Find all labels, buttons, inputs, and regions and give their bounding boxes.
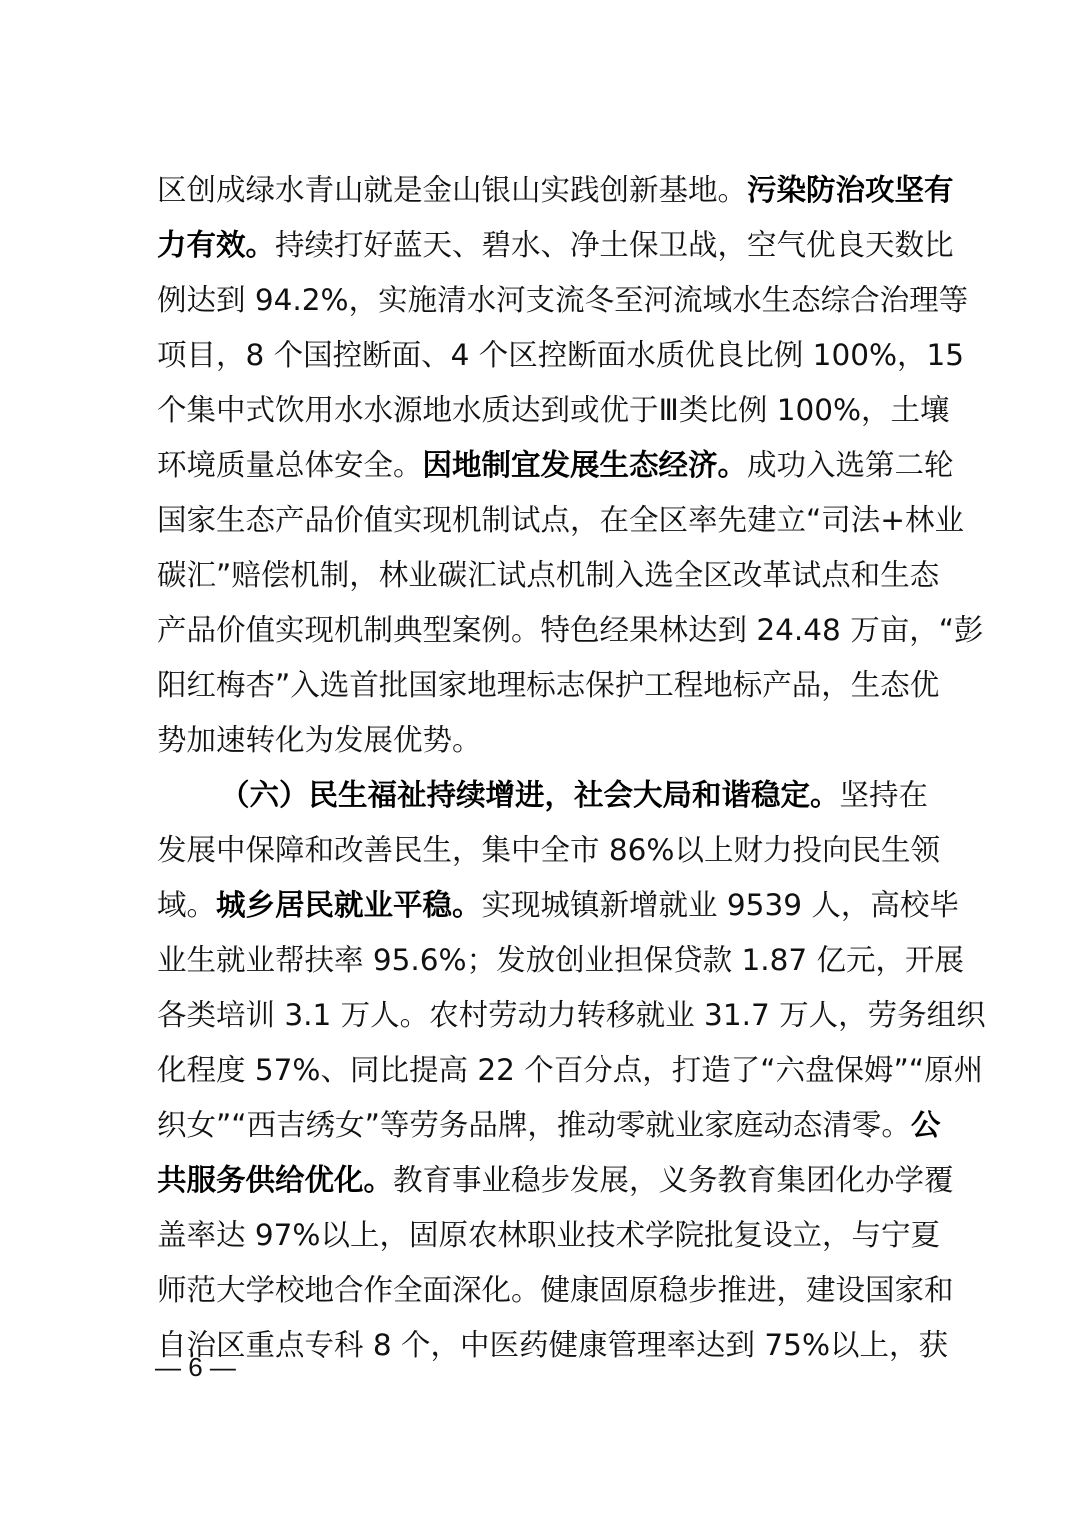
text-line: 共服务供给优化。教育事业稳步发展，义务教育集团化办学覆 <box>157 1153 919 1208</box>
paragraph-text: 盖率达 97%以上，固原农林职业技术学院批复设立，与宁夏 <box>157 1218 940 1252</box>
bold-heading-text: 力有效。 <box>157 228 275 262</box>
text-line: 项目，8 个国控断面、4 个区控断面水质优良比例 100%，15 <box>157 328 919 383</box>
paragraph-text: 自治区重点专科 8 个，中医药健康管理率达到 75%以上，获 <box>157 1328 948 1362</box>
bold-heading-text: 公 <box>911 1108 941 1142</box>
paragraph-text: 师范大学校地合作全面深化。健康固原稳步推进，建设国家和 <box>157 1273 954 1307</box>
text-line: 盖率达 97%以上，固原农林职业技术学院批复设立，与宁夏 <box>157 1208 919 1263</box>
paragraph-text: 化程度 57%、同比提高 22 个百分点，打造了“六盘保姆”“原州 <box>157 1053 983 1087</box>
text-line: 产品价值实现机制典型案例。特色经果林达到 24.48 万亩，“彭 <box>157 603 919 658</box>
text-line: 各类培训 3.1 万人。农村劳动力转移就业 31.7 万人，劳务组织 <box>157 988 919 1043</box>
text-line: 化程度 57%、同比提高 22 个百分点，打造了“六盘保姆”“原州 <box>157 1043 919 1098</box>
paragraph-text: 教育事业稳步发展，义务教育集团化办学覆 <box>393 1163 954 1197</box>
paragraph-text: 域。 <box>157 888 216 922</box>
text-line: 发展中保障和改善民生，集中全市 86%以上财力投向民生领 <box>157 823 919 878</box>
text-line: 个集中式饮用水水源地水质达到或优于Ⅲ类比例 100%，土壤 <box>157 383 919 438</box>
bold-heading-text: （六）民生福祉持续增进，社会大局和谐稳定。 <box>220 778 840 812</box>
text-line: 势加速转化为发展优势。 <box>157 713 919 768</box>
body-text: 区创成绿水青山就是金山银山实践创新基地。污染防治攻坚有力有效。持续打好蓝天、碧水… <box>157 163 919 1373</box>
paragraph-text: 各类培训 3.1 万人。农村劳动力转移就业 31.7 万人，劳务组织 <box>157 998 986 1032</box>
paragraph-text: 产品价值实现机制典型案例。特色经果林达到 24.48 万亩，“彭 <box>157 613 984 647</box>
bold-heading-text: 城乡居民就业平稳。 <box>216 888 482 922</box>
paragraph-text: 成功入选第二轮 <box>747 448 954 482</box>
paragraph-text: 项目，8 个国控断面、4 个区控断面水质优良比例 100%，15 <box>157 338 964 372</box>
paragraph-text: 国家生态产品价值实现机制试点，在全区率先建立“司法+林业 <box>157 503 964 537</box>
document-page: 区创成绿水青山就是金山银山实践创新基地。污染防治攻坚有力有效。持续打好蓝天、碧水… <box>0 0 1074 1520</box>
text-line: 环境质量总体安全。因地制宜发展生态经济。成功入选第二轮 <box>157 438 919 493</box>
text-line: 自治区重点专科 8 个，中医药健康管理率达到 75%以上，获 <box>157 1318 919 1373</box>
paragraph-text: 碳汇”赔偿机制，林业碳汇试点机制入选全区改革试点和生态 <box>157 558 939 592</box>
text-line: 域。城乡居民就业平稳。实现城镇新增就业 9539 人，高校毕 <box>157 878 919 933</box>
paragraph-text: 实现城镇新增就业 9539 人，高校毕 <box>482 888 959 922</box>
paragraph-text: 环境质量总体安全。 <box>157 448 423 482</box>
paragraph-text: 织女”“西吉绣女”等劳务品牌，推动零就业家庭动态清零。 <box>157 1108 911 1142</box>
bold-heading-text: 因地制宜发展生态经济。 <box>423 448 748 482</box>
bold-heading-text: 共服务供给优化。 <box>157 1163 393 1197</box>
paragraph-text: 例达到 94.2%，实施清水河支流冬至河流域水生态综合治理等 <box>157 283 968 317</box>
paragraph-text: 阳红梅杏”入选首批国家地理标志保护工程地标产品，生态优 <box>157 668 939 702</box>
text-line: 师范大学校地合作全面深化。健康固原稳步推进，建设国家和 <box>157 1263 919 1318</box>
text-line: 例达到 94.2%，实施清水河支流冬至河流域水生态综合治理等 <box>157 273 919 328</box>
paragraph-text: 个集中式饮用水水源地水质达到或优于Ⅲ类比例 100%，土壤 <box>157 393 950 427</box>
paragraph-text: 势加速转化为发展优势。 <box>157 723 482 757</box>
text-line: 织女”“西吉绣女”等劳务品牌，推动零就业家庭动态清零。公 <box>157 1098 919 1153</box>
text-line: 阳红梅杏”入选首批国家地理标志保护工程地标产品，生态优 <box>157 658 919 713</box>
text-line: 区创成绿水青山就是金山银山实践创新基地。污染防治攻坚有 <box>157 163 919 218</box>
paragraph-text: 业生就业帮扶率 95.6%；发放创业担保贷款 1.87 亿元，开展 <box>157 943 964 977</box>
text-line: 业生就业帮扶率 95.6%；发放创业担保贷款 1.87 亿元，开展 <box>157 933 919 988</box>
paragraph-text: 发展中保障和改善民生，集中全市 86%以上财力投向民生领 <box>157 833 940 867</box>
paragraph-text: 坚持在 <box>840 778 929 812</box>
text-line: 国家生态产品价值实现机制试点，在全区率先建立“司法+林业 <box>157 493 919 548</box>
paragraph-text: 持续打好蓝天、碧水、净土保卫战，空气优良天数比 <box>275 228 954 262</box>
paragraph-text: 区创成绿水青山就是金山银山实践创新基地。 <box>157 173 747 207</box>
bold-heading-text: 污染防治攻坚有 <box>747 173 954 207</box>
text-line: 力有效。持续打好蓝天、碧水、净土保卫战，空气优良天数比 <box>157 218 919 273</box>
text-line: （六）民生福祉持续增进，社会大局和谐稳定。坚持在 <box>157 768 919 823</box>
text-line: 碳汇”赔偿机制，林业碳汇试点机制入选全区改革试点和生态 <box>157 548 919 603</box>
page-number: — 6 — <box>155 1352 236 1383</box>
